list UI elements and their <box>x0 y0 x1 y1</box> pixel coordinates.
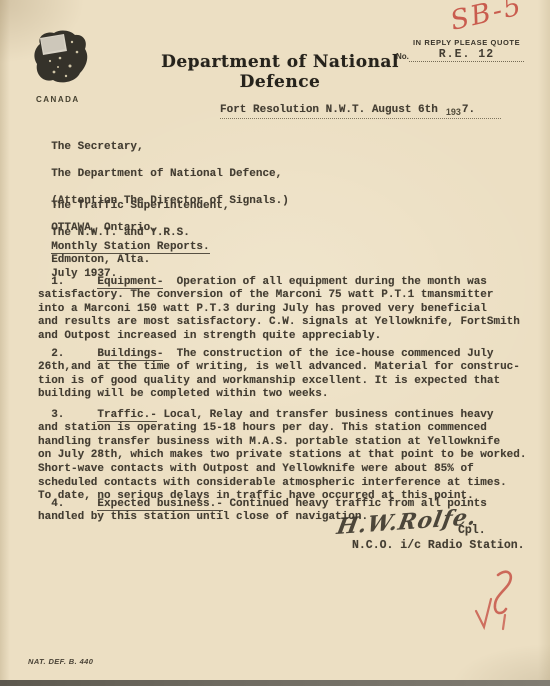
handwritten-file-mark: SB-5 <box>447 0 525 37</box>
canada-crest-icon <box>30 28 94 92</box>
paragraph-heading: Traffic.- <box>97 409 156 422</box>
file-number-line: No. R.E. 12 <box>396 48 524 62</box>
dateline-typed-text: Fort Resolution N.W.T. August 6th <box>220 103 438 117</box>
dateline-typed-year: 7. <box>462 103 475 117</box>
letterhead-title: Department of National Defence <box>130 52 430 92</box>
scanned-letter-page: { "colors": { "paper": "#ecdfc3", "ink":… <box>0 0 550 686</box>
scan-edge <box>0 680 550 686</box>
address-line: The Traffic Superintendent, <box>51 200 229 212</box>
paragraph-number: 2. <box>51 348 97 360</box>
crest-caption: CANADA <box>36 95 80 104</box>
signature-title-line: N.C.O. i/c Radio Station. <box>352 539 525 553</box>
paragraph-number: 4. <box>51 498 97 510</box>
paragraph-buildings: 2. Buildings- The construction of the ic… <box>38 334 550 402</box>
file-number-label: No. <box>396 52 409 62</box>
file-number-value: R.E. 12 <box>409 48 524 62</box>
paragraph-number: 1. <box>51 276 97 288</box>
paragraph-equipment: 1. Equipment- Operation of all equipment… <box>38 262 550 344</box>
paragraph-heading: Equipment- <box>97 276 163 289</box>
dateline: Fort Resolution N.W.T. August 6th 193 7. <box>220 103 501 119</box>
red-checkmark-icon <box>468 565 528 650</box>
dateline-preprinted-year: 193 <box>446 107 461 117</box>
subject-title: Monthly Station Reports. <box>51 241 209 254</box>
address-line: The Department of National Defence, <box>51 168 282 180</box>
form-number: NAT. DEF. B. 440 <box>28 657 93 666</box>
signature-rank: Cpl. <box>458 524 486 538</box>
paragraph-heading: Expected business.- <box>97 498 222 511</box>
address-line: The Secretary, <box>51 141 143 153</box>
paragraph-number: 3. <box>51 409 97 421</box>
paragraph-heading: Buildings- <box>97 348 163 361</box>
reply-quote-label: IN REPLY PLEASE QUOTE <box>413 38 520 47</box>
